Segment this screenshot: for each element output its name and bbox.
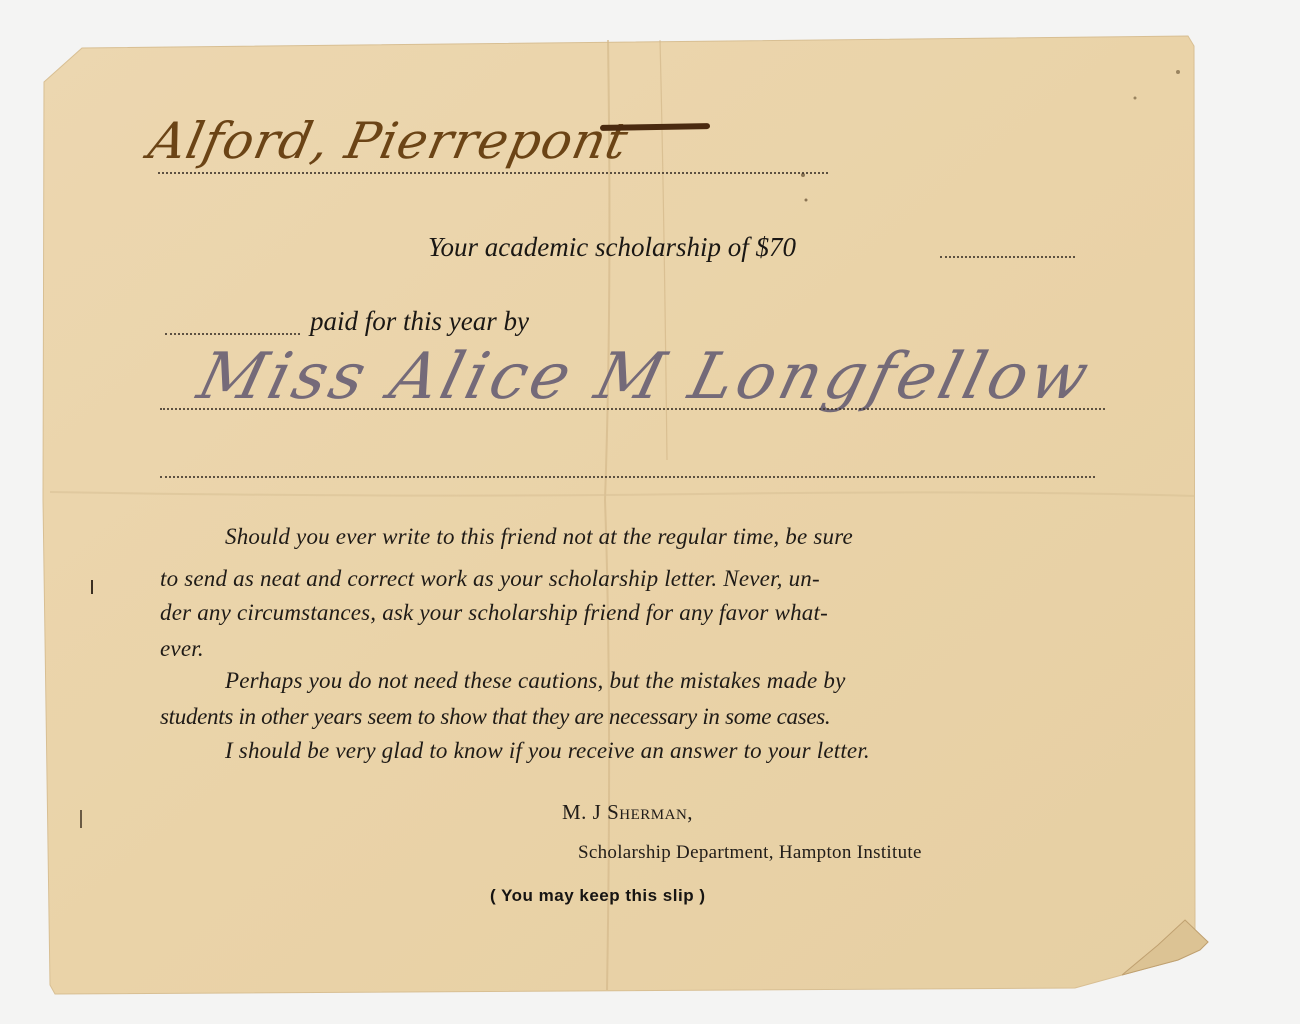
paid-by-label: paid for this year by bbox=[310, 306, 529, 337]
paragraph-3-line-1: I should be very glad to know if you rec… bbox=[225, 738, 870, 764]
donor-name-handwritten: Miss Alice M Longfellow bbox=[191, 340, 1100, 414]
keep-slip-note: ( You may keep this slip ) bbox=[490, 886, 705, 906]
paragraph-1-line-4: ever. bbox=[160, 636, 204, 662]
paragraph-1-line-3: der any circumstances, ask your scholars… bbox=[160, 600, 828, 626]
paragraph-1-line-2: to send as neat and correct work as your… bbox=[160, 566, 820, 592]
donor-line bbox=[160, 408, 1105, 410]
paragraph-2-line-2: students in other years seem to show tha… bbox=[160, 704, 830, 730]
scholarship-amount-line: Your academic scholarship of $70 bbox=[428, 232, 796, 263]
paragraph-1-line-1: Should you ever write to this friend not… bbox=[225, 524, 853, 550]
paid-by-line-left bbox=[165, 333, 300, 335]
scholarship-slip: Alford, Pierrepont Your academic scholar… bbox=[0, 0, 1300, 1024]
signature: M. J Sherman, bbox=[562, 800, 693, 825]
department: Scholarship Department, Hampton Institut… bbox=[578, 842, 922, 864]
student-name-handwritten: Alford, Pierrepont bbox=[144, 112, 634, 170]
amount-line bbox=[940, 256, 1075, 258]
paragraph-2-line-1: Perhaps you do not need these cautions, … bbox=[225, 668, 845, 694]
blank-line bbox=[160, 476, 1095, 478]
name-line bbox=[158, 172, 828, 174]
